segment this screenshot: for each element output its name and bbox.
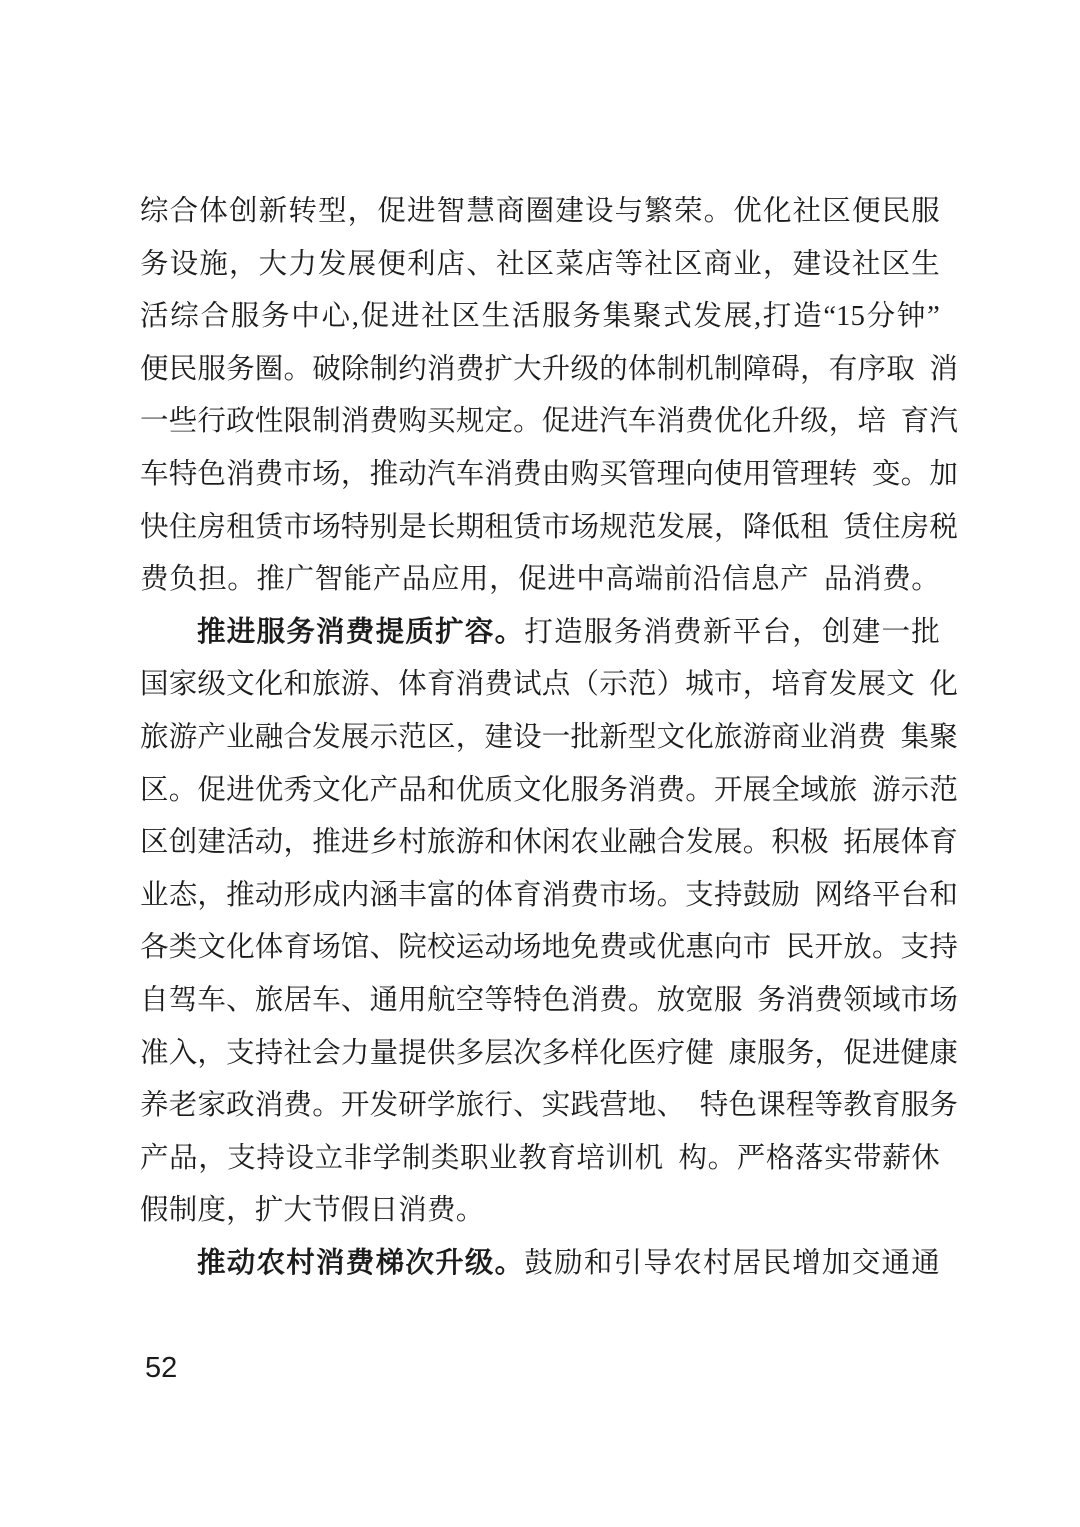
text-line: 产品，支持设立非学制类职业教育培训机 构。严格落实带薪休: [140, 1133, 940, 1186]
text-line: 假制度，扩大节假日消费。: [140, 1185, 940, 1238]
text-line: 活综合服务中心,促进社区生活服务集聚式发展,打造“15分钟”: [140, 291, 940, 344]
text-line: 便民服务圈。破除制约消费扩大升级的体制机制障碍，有序取 消: [140, 344, 940, 397]
text-line: 费负担。推广智能产品应用，促进中高端前沿信息产 品消费。: [140, 554, 940, 607]
text-line: 区创建活动，推进乡村旅游和休闲农业融合发展。积极 拓展体育: [140, 817, 940, 870]
text-line: 快住房租赁市场特别是长期租赁市场规范发展，降低租 赁住房税: [140, 502, 940, 555]
text-line: 务设施，大力发展便利店、社区菜店等社区商业，建设社区生: [140, 239, 940, 292]
text-line: 准入，支持社会力量提供多层次多样化医疗健 康服务，促进健康: [140, 1028, 940, 1081]
text-line: 推动农村消费梯次升级。鼓励和引导农村居民增加交通通: [140, 1238, 940, 1291]
paragraph-lead: 推动农村消费梯次升级。: [197, 1248, 524, 1279]
line-text: 鼓励和引导农村居民增加交通通: [524, 1248, 940, 1279]
document-page: 综合体创新转型，促进智慧商圈建设与繁荣。优化社区便民服 务设施，大力发展便利店、…: [0, 0, 1080, 1527]
page-body: 综合体创新转型，促进智慧商圈建设与繁荣。优化社区便民服 务设施，大力发展便利店、…: [140, 186, 940, 1290]
text-line: 区。促进优秀文化产品和优质文化服务消费。开展全域旅 游示范: [140, 765, 940, 818]
text-line: 各类文化体育场馆、院校运动场地免费或优惠向市 民开放。支持: [140, 922, 940, 975]
page-number: 52: [145, 1352, 177, 1385]
text-line: 国家级文化和旅游、体育消费试点（示范）城市，培育发展文 化: [140, 659, 940, 712]
text-line: 一些行政性限制消费购买规定。促进汽车消费优化升级，培 育汽: [140, 396, 940, 449]
text-line: 养老家政消费。开发研学旅行、实践营地、 特色课程等教育服务: [140, 1080, 940, 1133]
line-text: 打造服务消费新平台，创建一批: [524, 617, 940, 648]
text-line: 车特色消费市场，推动汽车消费由购买管理向使用管理转 变。加: [140, 449, 940, 502]
text-line: 推进服务消费提质扩容。打造服务消费新平台，创建一批: [140, 607, 940, 660]
text-line: 旅游产业融合发展示范区，建设一批新型文化旅游商业消费 集聚: [140, 712, 940, 765]
text-line: 综合体创新转型，促进智慧商圈建设与繁荣。优化社区便民服: [140, 186, 940, 239]
text-line: 自驾车、旅居车、通用航空等特色消费。放宽服 务消费领域市场: [140, 975, 940, 1028]
text-line: 业态，推动形成内涵丰富的体育消费市场。支持鼓励 网络平台和: [140, 870, 940, 923]
paragraph-lead: 推进服务消费提质扩容。: [197, 617, 524, 648]
